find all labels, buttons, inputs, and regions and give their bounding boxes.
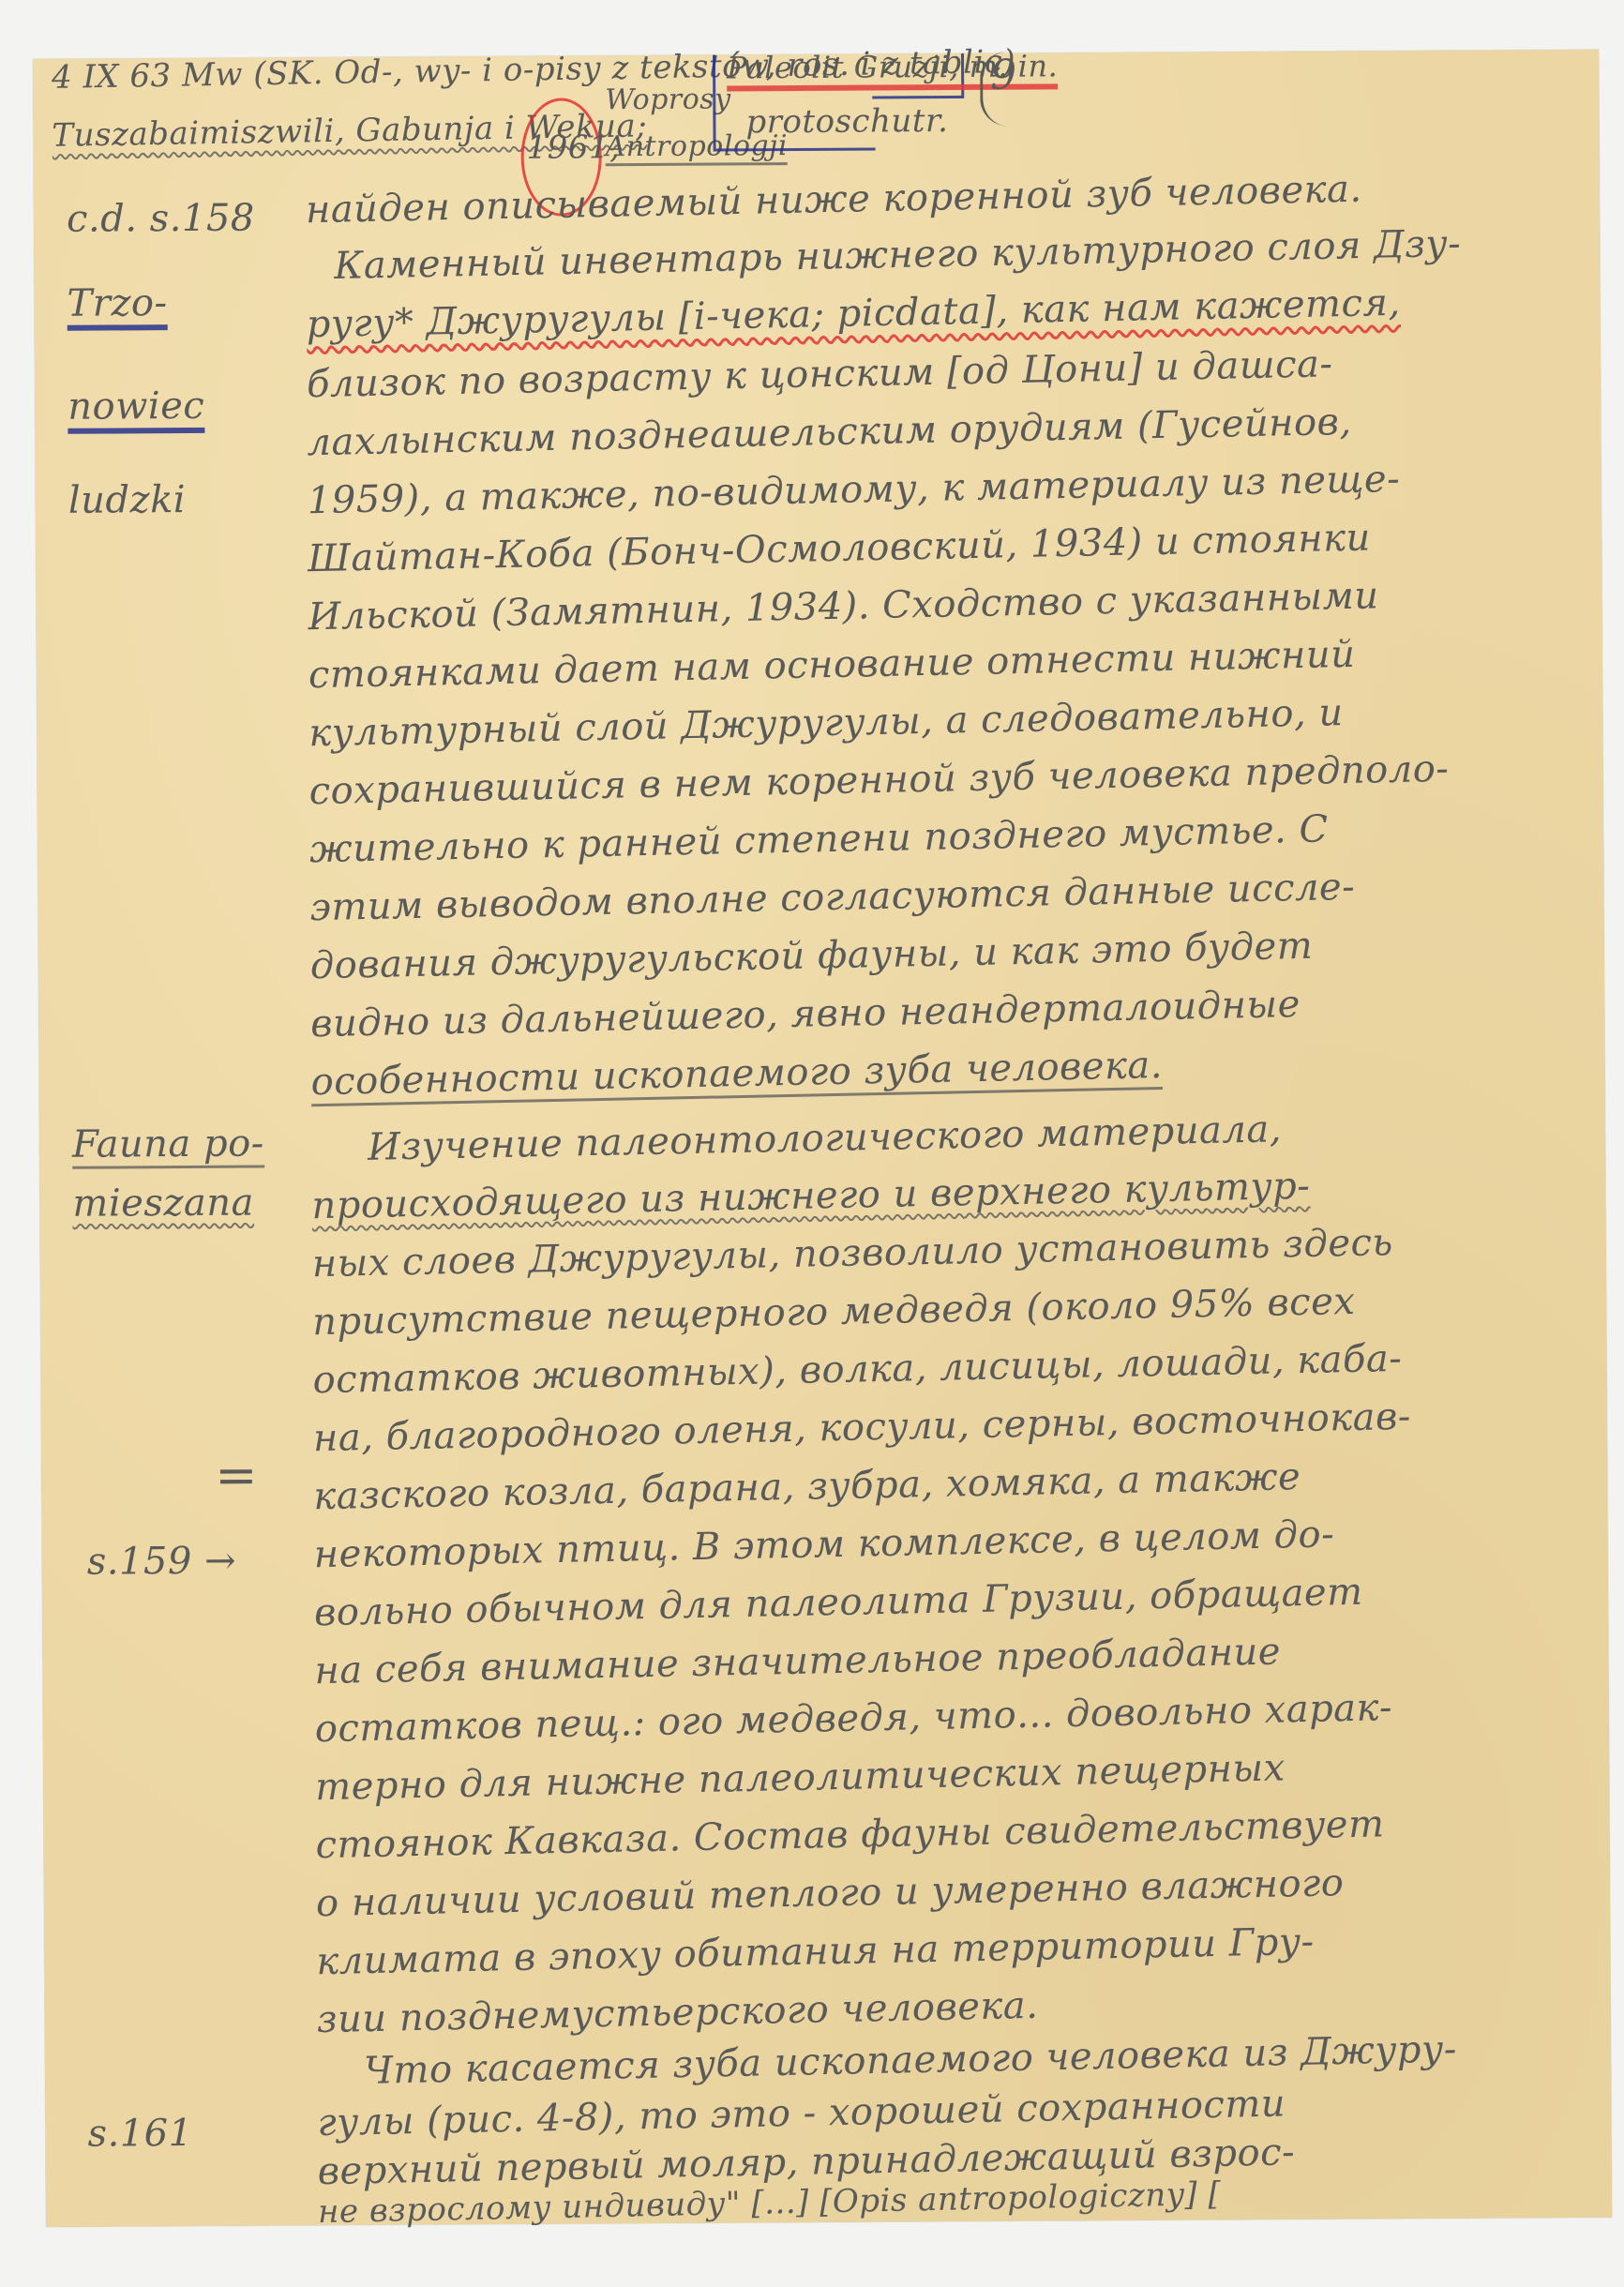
body-line-19: ных слоев Джуругулы, позволило установит…: [311, 1221, 1393, 1286]
margin-note-molar-3: ludzki: [68, 478, 187, 522]
margin-note-continued-from: c.d. s.158: [67, 197, 255, 241]
body-line-23: казского козла, барана, зубра, хомяка, а…: [313, 1455, 1301, 1518]
margin-note-molar-1: Trzo-: [67, 281, 167, 325]
body-line-14: дования джуругульской фауны, и как это б…: [309, 925, 1313, 987]
body-line-31: климата в эпоху обитания на территории Г…: [316, 1920, 1315, 1983]
body-line-13: этим выводом вполне согласуются данные и…: [309, 865, 1355, 929]
body-line-32: зии позднемустьерского человека.: [316, 1984, 1039, 2041]
body-line-11: сохранившийся в нем коренной зуб человек…: [308, 747, 1449, 813]
body-line-4: близок по возрасту к цонским [од Цони] и…: [307, 342, 1333, 406]
margin-note-page-161: s.161: [87, 2112, 192, 2156]
body-line-12: жительно к ранней степени позднего мусть…: [309, 807, 1329, 871]
body-line-5: лахлынским позднеашельским орудиям (Гусе…: [307, 400, 1352, 464]
body-line-22: на, благородного оленя, косули, серны, в…: [313, 1395, 1412, 1460]
margin-note-equals: =: [215, 1446, 258, 1505]
page-number: 9: [980, 52, 1016, 127]
body-line-24: некоторых птиц. В этом комплексе, в цело…: [313, 1512, 1334, 1576]
body-line-10: культурный слой Джуругулы, а следователь…: [308, 691, 1344, 755]
body-line-27: остатков пещ.: ого медведя, что... довол…: [314, 1686, 1392, 1751]
manuscript-page: 4 IX 63 Mw (SK. Od-, wy- i o-pisy z teks…: [33, 50, 1612, 2227]
body-line-1: найден описываемый ниже коренной зуб чел…: [306, 168, 1362, 233]
body-line-20: присутствие пещерного медведя (около 95%…: [312, 1280, 1356, 1344]
boxed-note-line-2: protoschutr.: [745, 102, 948, 141]
body-line-29: стоянок Кавказа. Состав фауны свидетельс…: [315, 1802, 1385, 1867]
body-line-2: Каменный инвентарь нижнего культурного с…: [334, 222, 1462, 288]
body-line-3: ругу* Джуругулы [i-чека; picdata], как н…: [306, 281, 1401, 346]
body-line-15: видно из дальнейшего, явно неандерталоид…: [310, 983, 1301, 1046]
margin-note-fauna-2: mieszana: [72, 1181, 254, 1226]
body-line-9: стоянками дает нам основание отнести ниж…: [308, 633, 1356, 697]
body-line-17: Изучение палеонтологического материала,: [368, 1107, 1283, 1169]
margin-note-fauna-1: Fauna po-: [72, 1122, 264, 1166]
body-line-16: особенности ископаемого зуба человека.: [310, 1044, 1163, 1104]
body-line-21: остатков животных), волка, лисицы, лошад…: [312, 1337, 1403, 1402]
body-line-28: терно для нижне палеолитических пещерных: [315, 1746, 1286, 1809]
margin-note-page-159: s.159 →: [87, 1540, 237, 1584]
margin-note-molar-2: nowiec: [68, 384, 204, 429]
body-line-6: 1959), а также, по-видимому, к материалу…: [307, 458, 1400, 522]
body-line-33: Что касается зуба ископаемого человека и…: [364, 2027, 1458, 2092]
body-line-30: о наличии условий теплого и умеренно вла…: [316, 1861, 1345, 1925]
body-line-25: вольно обычном для палеолита Грузии, обр…: [314, 1571, 1363, 1634]
body-line-8: Ильской (Замятнин, 1934). Сходство с ука…: [308, 574, 1379, 639]
body-line-7: Шайтан-Коба (Бонч-Осмоловский, 1934) и с…: [308, 516, 1371, 580]
body-line-18: происходящего из нижнего и верхнего куль…: [311, 1165, 1311, 1227]
body-line-26: на себя внимание значительное преобладан…: [314, 1631, 1281, 1693]
